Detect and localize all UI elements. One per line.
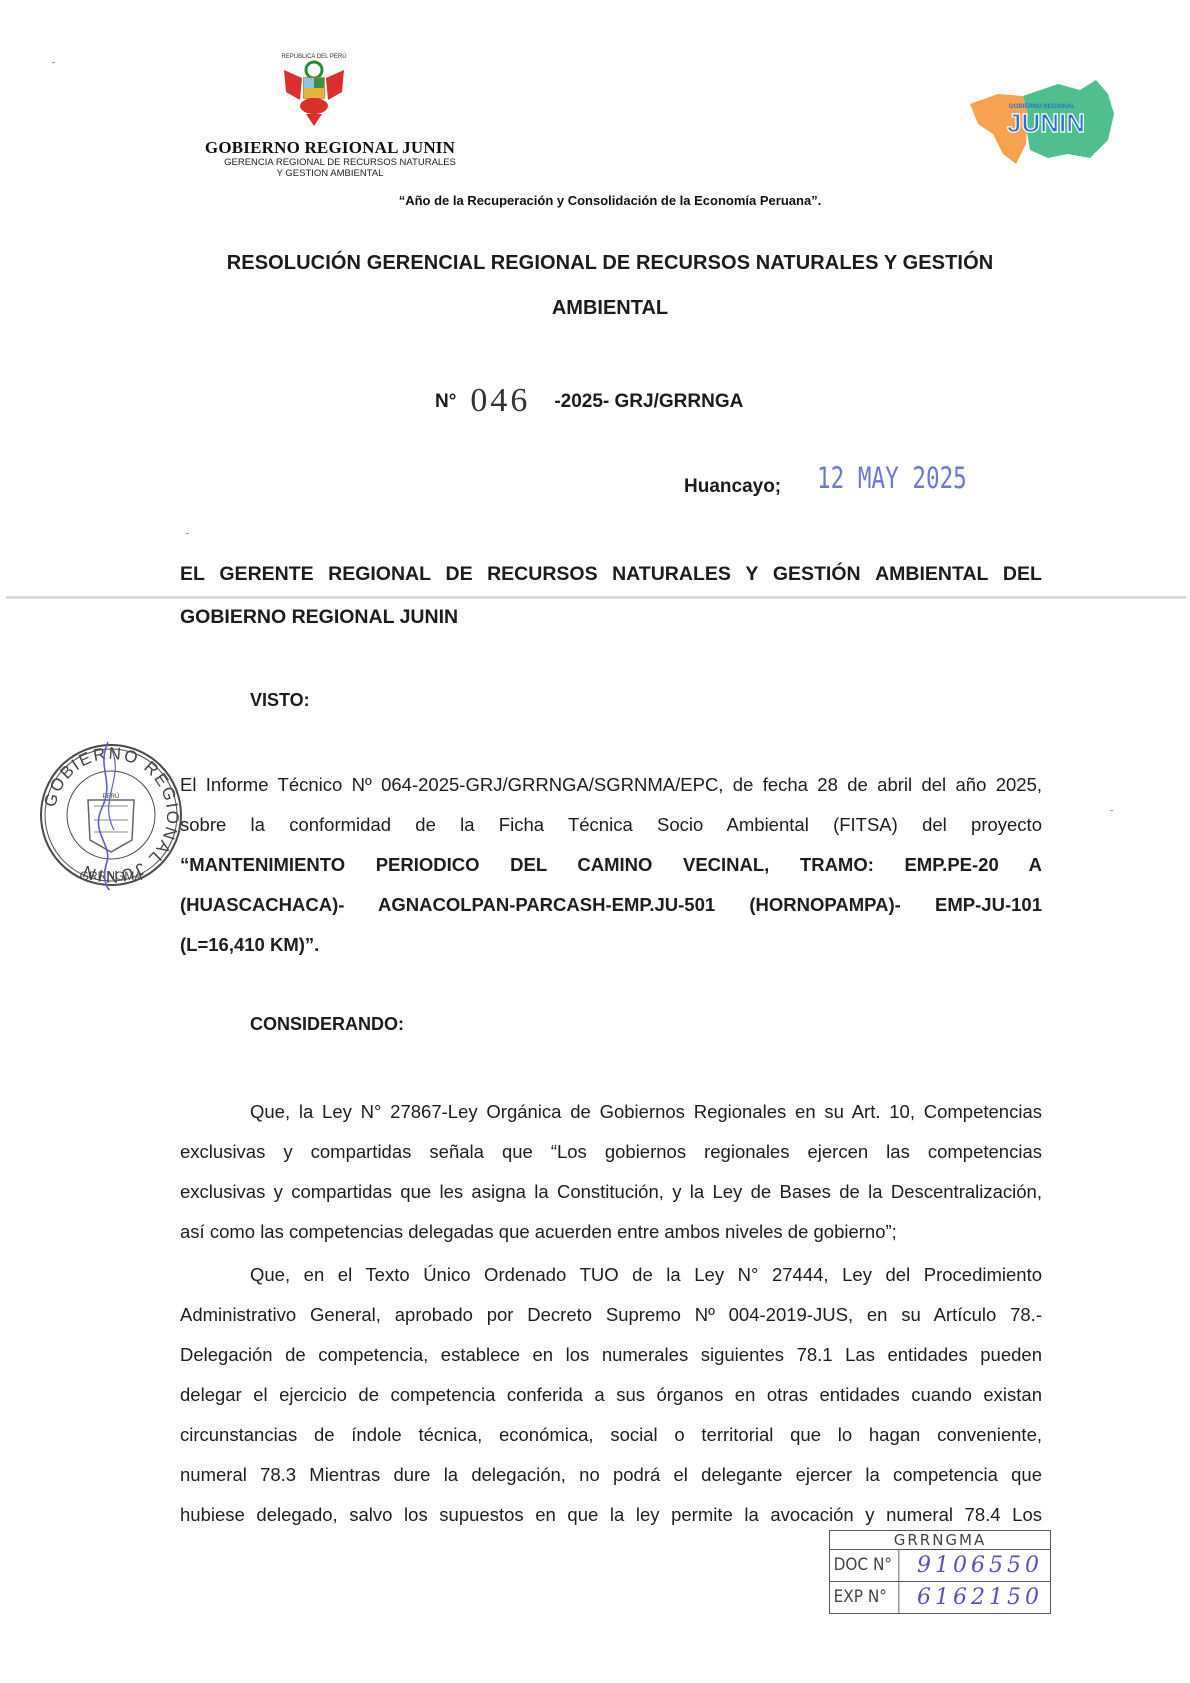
resolution-number-stamp: 046 [470, 382, 530, 419]
exp-number-value: 6162150 [907, 1582, 1050, 1613]
paragraph-line: Administrativo General, aprobado por Dec… [180, 1295, 1042, 1335]
org-subtitle-line2: Y GESTION AMBIENTAL [195, 168, 465, 179]
registry-stamp-header: GRRNGMA [830, 1531, 1050, 1550]
logo-main-text: JUNIN [1007, 108, 1085, 138]
considerando-label: CONSIDERANDO: [250, 1014, 404, 1035]
paragraph-line: Que, en el Texto Único Ordenado TUO de l… [180, 1255, 1042, 1295]
authority-word: GESTIÓN [773, 563, 861, 586]
resolution-title-line1: RESOLUCIÓN GERENCIAL REGIONAL DE RECURSO… [200, 252, 1020, 275]
visto-label: VISTO: [250, 690, 310, 711]
visto-paragraph: El Informe Técnico Nº 064-2025-GRJ/GRRNG… [180, 765, 1042, 965]
visto-line: sobre la conformidad de la Ficha Técnica… [180, 805, 1042, 845]
paragraph-line: Que, la Ley N° 27867-Ley Orgánica de Gob… [180, 1092, 1042, 1132]
exp-number-label: EXP N° [830, 1582, 899, 1613]
visto-line: (L=16,410 KM)”. [180, 925, 1042, 965]
paragraph-line: numeral 78.3 Mientras dure la delegación… [180, 1455, 1042, 1495]
paragraph-line: así como las competencias delegadas que … [180, 1212, 1042, 1252]
resolution-number-suffix: -2025- GRJ/GRRNGA [554, 391, 743, 412]
paragraph-line: exclusivas y compartidas que les asigna … [180, 1172, 1042, 1212]
authority-word: GERENTE [219, 563, 313, 586]
paragraph-line: Delegación de competencia, establece en … [180, 1335, 1042, 1375]
authority-heading-line1: ELGERENTEREGIONALDERECURSOSNATURALESYGES… [180, 563, 1042, 586]
authority-heading-line2: GOBIERNO REGIONAL JUNIN [180, 606, 1042, 629]
date-stamp: 12 MAY 2025 [817, 461, 967, 495]
authority-word: EL [180, 563, 205, 586]
scan-speck [52, 62, 55, 63]
junin-regional-logo: GOBIERNO REGIONAL JUNIN [968, 74, 1116, 166]
scan-speck [1110, 810, 1113, 811]
doc-number-value: 9106550 [907, 1550, 1050, 1581]
resolution-number: N°046-2025- GRJ/GRRNGA [435, 378, 743, 416]
year-motto: “Año de la Recuperación y Consolidación … [380, 193, 840, 208]
authority-word: DEL [1003, 563, 1042, 586]
authority-word: Y [745, 563, 758, 586]
org-subtitle-line1: GERENCIA REGIONAL DE RECURSOS NATURALES [195, 157, 485, 168]
place-label: Huancayo; [684, 476, 781, 498]
registry-doc-row: DOC N° 9106550 [830, 1550, 1050, 1582]
paragraph-line: exclusivas y compartidas señala que “Los… [180, 1132, 1042, 1172]
resolution-title-line2: AMBIENTAL [200, 297, 1020, 320]
scan-artifact-line [6, 596, 1186, 599]
org-name: GOBIERNO REGIONAL JUNIN [180, 138, 480, 158]
doc-number-label: DOC N° [830, 1550, 899, 1581]
peru-coat-of-arms-icon: REPÚBLICA DEL PERÚ [278, 48, 350, 128]
registry-stamp: GRRNGMA DOC N° 9106550 EXP N° 6162150 [829, 1530, 1051, 1614]
authority-word: DE [446, 563, 473, 586]
authority-word: NATURALES [612, 563, 731, 586]
seal-bottom-text: GRRNGMA [80, 869, 143, 883]
paragraph-line: circunstancias de índole técnica, económ… [180, 1415, 1042, 1455]
coat-text: REPÚBLICA DEL PERÚ [281, 53, 346, 60]
visto-line: “MANTENIMIENTO PERIODICO DEL CAMINO VECI… [180, 845, 1042, 885]
considerando-paragraph-1: Que, la Ley N° 27867-Ley Orgánica de Gob… [180, 1092, 1042, 1252]
visto-line: (HUASCACHACA)- AGNACOLPAN-PARCASH-EMP.JU… [180, 885, 1042, 925]
authority-word: REGIONAL [328, 563, 431, 586]
paragraph-line: hubiese delegado, salvo los supuestos en… [180, 1495, 1042, 1535]
considerando-paragraph-2: Que, en el Texto Único Ordenado TUO de l… [180, 1255, 1042, 1535]
visto-line: El Informe Técnico Nº 064-2025-GRJ/GRRNG… [180, 765, 1042, 805]
authority-word: AMBIENTAL [875, 563, 988, 586]
scan-speck [186, 533, 189, 534]
registry-exp-row: EXP N° 6162150 [830, 1582, 1050, 1613]
paragraph-line: delegar el ejercicio de competencia conf… [180, 1375, 1042, 1415]
official-seal-stamp: GOBIERNO REGIONAL JUNIN GRRNGMA PERÚ [36, 740, 186, 890]
authority-word: RECURSOS [487, 563, 598, 586]
resolution-number-prefix: N° [435, 391, 456, 412]
